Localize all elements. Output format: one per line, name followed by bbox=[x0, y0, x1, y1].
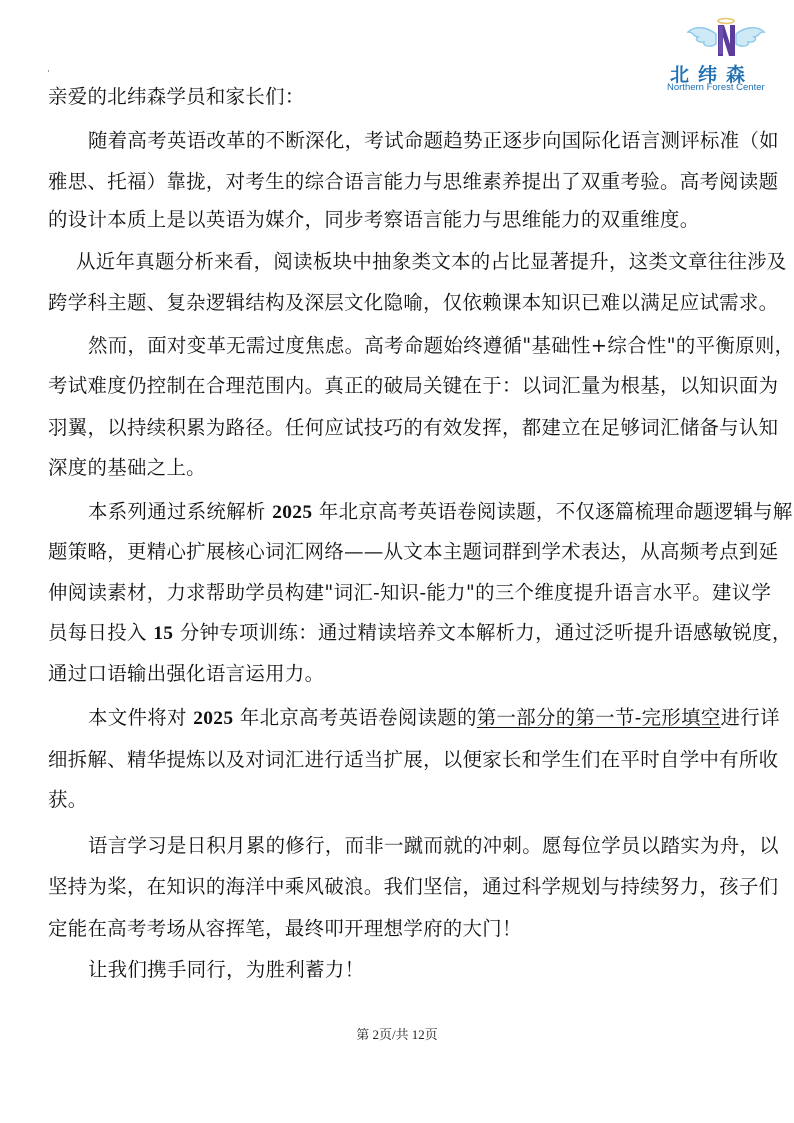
year-number: 2025 bbox=[272, 502, 312, 523]
stray-mark bbox=[48, 70, 49, 72]
paragraph-5-line-3: 获。 bbox=[48, 788, 87, 812]
minutes-number: 15 bbox=[153, 623, 173, 644]
paragraph-2-line-2: 跨学科主题、复杂逻辑结构及深层文化隐喻，仅依赖课本知识已难以满足应试需求。 bbox=[48, 291, 778, 315]
paragraph-4-line-3: 伸阅读素材，力求帮助学员构建"词汇-知识-能力"的三个维度提升语言水平。建议学 bbox=[48, 581, 771, 605]
paragraph-4-text: 年北京高考英语卷阅读题，不仅逐篇梳理命题逻辑与解 bbox=[312, 500, 792, 523]
paragraph-1-line-1: 随着高考英语改革的不断深化，考试命题趋势正逐步向国际化语言测评标准（如 bbox=[88, 129, 779, 153]
paragraph-2-line-1: 从近年真题分析来看，阅读板块中抽象类文本的占比显著提升，这类文章往往涉及 bbox=[76, 250, 787, 274]
northern-forest-center-logo: 北纬森 Northern Forest Center bbox=[664, 14, 792, 94]
paragraph-4-text: 本系列通过系统解析 bbox=[88, 500, 272, 523]
paragraph-4-text: 分钟专项训练：通过精读培养文本解析力，通过泛听提升语感敏锐度， bbox=[173, 621, 791, 644]
paragraph-6-line-3: 定能在高考考场从容挥笔，最终叩开理想学府的大门！ bbox=[48, 917, 522, 941]
section-link-cloze[interactable]: 第一部分的第一节-完形填空 bbox=[477, 706, 721, 729]
year-number: 2025 bbox=[193, 708, 233, 729]
closing-line: 让我们携手同行，为胜利蓄力！ bbox=[88, 958, 364, 982]
paragraph-3-line-1: 然而，面对变革无需过度焦虑。高考命题始终遵循"基础性+综合性"的平衡原则， bbox=[88, 334, 794, 358]
paragraph-6-line-1: 语言学习是日积月累的修行，而非一蹴而就的冲刺。愿每位学员以踏实为舟，以 bbox=[88, 834, 779, 858]
paragraph-5-text: 本文件将对 bbox=[88, 706, 193, 729]
paragraph-5-text: 进行详 bbox=[721, 706, 780, 729]
winged-n-angel-icon bbox=[686, 16, 766, 62]
paragraph-3-line-2: 考试难度仍控制在合理范围内。真正的破局关键在于：以词汇量为根基，以知识面为 bbox=[48, 374, 778, 398]
paragraph-5-line-2: 细拆解、精华提炼以及对词汇进行适当扩展，以便家长和学生们在平时自学中有所收 bbox=[48, 748, 778, 772]
greeting: 亲爱的北纬森学员和家长们： bbox=[48, 85, 305, 109]
paragraph-3-line-4: 深度的基础之上。 bbox=[48, 456, 206, 480]
paragraph-1-line-2: 雅思、托福）靠拢，对考生的综合语言能力与思维素养提出了双重考验。高考阅读题 bbox=[48, 170, 778, 194]
paragraph-4-line-2: 题策略，更精心扩展核心词汇网络——从文本主题词群到学术表达，从高频考点到延 bbox=[48, 540, 778, 564]
paragraph-1-line-3: 的设计本质上是以英语为媒介，同步考察语言能力与思维能力的双重维度。 bbox=[48, 208, 699, 232]
paragraph-4-line-1: 本系列通过系统解析 2025 年北京高考英语卷阅读题，不仅逐篇梳理命题逻辑与解 bbox=[88, 500, 793, 525]
page-number-footer: 第 2页/共 12页 bbox=[0, 1024, 794, 1043]
paragraph-5-text: 年北京高考英语卷阅读题的 bbox=[233, 706, 476, 729]
paragraph-3-line-3: 羽翼，以持续积累为路径。任何应试技巧的有效发挥，都建立在足够词汇储备与认知 bbox=[48, 416, 778, 440]
paragraph-5-line-1: 本文件将对 2025 年北京高考英语卷阅读题的第一部分的第一节-完形填空进行详 bbox=[88, 706, 780, 731]
logo-english-name: Northern Forest Center bbox=[667, 82, 791, 93]
paragraph-4-line-4: 员每日投入 15 分钟专项训练：通过精读培养文本解析力，通过泛听提升语感敏锐度， bbox=[48, 621, 792, 646]
paragraph-4-text: 员每日投入 bbox=[48, 621, 153, 644]
paragraph-4-line-5: 通过口语输出强化语言运用力。 bbox=[48, 662, 324, 686]
paragraph-6-line-2: 坚持为桨，在知识的海洋中乘风破浪。我们坚信，通过科学规划与持续努力，孩子们 bbox=[48, 875, 778, 899]
